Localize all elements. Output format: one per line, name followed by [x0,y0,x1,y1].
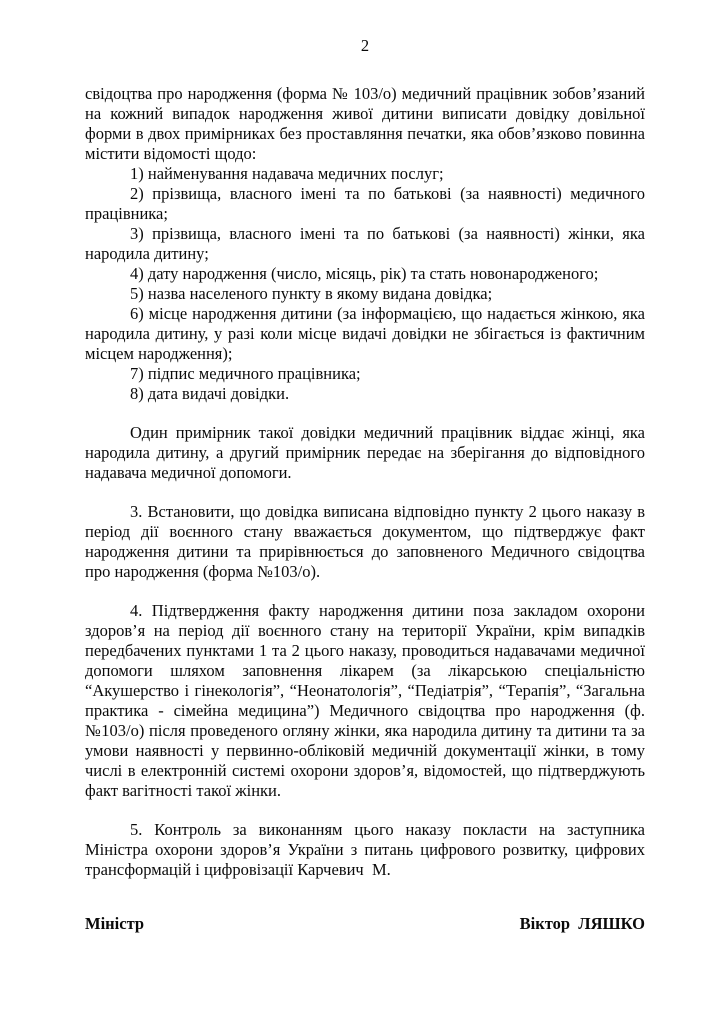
document-body: свідоцтва про народження (форма № 103/о)… [85,84,645,934]
document-page: 2 свідоцтва про народження (форма № 103/… [0,0,724,1024]
list-item-1: 1) найменування надавача медичних послуг… [85,164,645,184]
list-item-3: 3) прізвища, власного імені та по батько… [85,224,645,264]
page-number: 2 [85,36,645,56]
list-item-8: 8) дата видачі довідки. [85,384,645,404]
body-paragraph-intro: свідоцтва про народження (форма № 103/о)… [85,84,645,164]
body-paragraph-point-4: 4. Підтвердження факту народження дитини… [85,601,645,801]
list-item-4: 4) дату народження (число, місяць, рік) … [85,264,645,284]
list-item-7: 7) підпис медичного працівника; [85,364,645,384]
list-item-2: 2) прізвища, власного імені та по батько… [85,184,645,224]
body-paragraph-copies: Один примірник такої довідки медичний пр… [85,423,645,483]
body-paragraph-point-3: 3. Встановити, що довідка виписана відпо… [85,502,645,582]
list-item-6: 6) місце народження дитини (за інформаці… [85,304,645,364]
body-paragraph-point-5: 5. Контроль за виконанням цього наказу п… [85,820,645,880]
signature-name: Віктор ЛЯШКО [520,914,645,934]
signature-row: Міністр Віктор ЛЯШКО [85,914,645,934]
list-item-5: 5) назва населеного пункту в якому видан… [85,284,645,304]
signature-title: Міністр [85,914,144,934]
